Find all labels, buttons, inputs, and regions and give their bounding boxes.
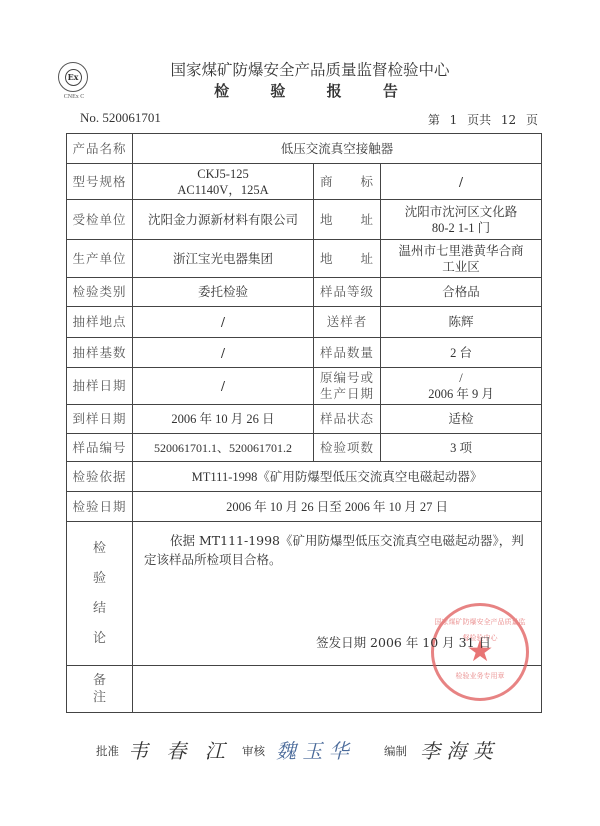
label-manufacturer: 生产单位	[67, 240, 133, 278]
row-sampling-date: 抽样日期 / 原编号或 生产日期 / 2006 年 9 月	[67, 368, 542, 405]
value-trademark: /	[381, 164, 542, 200]
signature-row: 批准 韦 春 江 审核 魏 玉 华 编制 李 海 英	[0, 735, 600, 775]
label-arrival-date: 到样日期	[67, 405, 133, 434]
value-test-items: 3 项	[381, 434, 542, 462]
report-table: 产品名称 低压交流真空接触器 型号规格 CKJ5-125 AC1140V，125…	[66, 133, 542, 713]
value-sample-status: 适检	[381, 405, 542, 434]
value-conclusion: 依据 MT111-1998《矿用防爆型低压交流真空电磁起动器》，判定该样品所检项…	[133, 522, 542, 666]
row-conclusion: 检 验 结 论 依据 MT111-1998《矿用防爆型低压交流真空电磁起动器》，…	[67, 522, 542, 666]
row-sampling-base: 抽样基数 / 样品数量 2 台	[67, 338, 542, 368]
conclusion-text: 依据 MT111-1998《矿用防爆型低压交流真空电磁起动器》，判定该样品所检项…	[136, 522, 538, 569]
value-remarks	[133, 666, 542, 713]
row-manufacturer: 生产单位 浙江宝光电器集团 地 址 温州市七里港黄华合商 工业区	[67, 240, 542, 278]
row-basis: 检验依据 MT111-1998《矿用防爆型低压交流真空电磁起动器》	[67, 462, 542, 492]
row-arrival-date: 到样日期 2006 年 10 月 26 日 样品状态 适检	[67, 405, 542, 434]
label-trademark: 商 标	[314, 164, 381, 200]
value-sampling-base: /	[133, 338, 314, 368]
label-remarks: 备 注	[67, 666, 133, 713]
label-sample-status: 样品状态	[314, 405, 381, 434]
approve-signature: 韦 春 江	[128, 735, 231, 764]
label-inspected-unit: 受检单位	[67, 200, 133, 240]
report-number: No. 520061701	[80, 110, 161, 126]
row-sample-no: 样品编号 520061701.1、520061701.2 检验项数 3 项	[67, 434, 542, 462]
label-test-items: 检验项数	[314, 434, 381, 462]
label-sample-grade: 样品等级	[314, 278, 381, 307]
value-sample-quantity: 2 台	[381, 338, 542, 368]
value-production-date: / 2006 年 9 月	[381, 368, 542, 405]
row-remarks: 备 注	[67, 666, 542, 713]
row-product-name: 产品名称 低压交流真空接触器	[67, 134, 542, 164]
label-product-name: 产品名称	[67, 134, 133, 164]
value-test-date: 2006 年 10 月 26 日至 2006 年 10 月 27 日	[133, 492, 542, 522]
approve-label: 批准	[96, 743, 119, 759]
value-arrival-date: 2006 年 10 月 26 日	[133, 405, 314, 434]
value-sample-no: 520061701.1、520061701.2	[133, 434, 314, 462]
review-label: 审核	[242, 743, 265, 759]
label-sampling-date: 抽样日期	[67, 368, 133, 405]
value-sampling-place: /	[133, 307, 314, 338]
label-test-date: 检验日期	[67, 492, 133, 522]
label-address-2: 地 址	[314, 240, 381, 278]
label-conclusion: 检 验 结 论	[67, 522, 133, 666]
label-sampling-place: 抽样地点	[67, 307, 133, 338]
organization-title: 国家煤矿防爆安全产品质量监督检验中心	[0, 58, 600, 80]
value-sample-grade: 合格品	[381, 278, 542, 307]
issue-date: 签发日期 2006 年 10 月 31 日	[316, 635, 491, 651]
row-test-date: 检验日期 2006 年 10 月 26 日至 2006 年 10 月 27 日	[67, 492, 542, 522]
label-model: 型号规格	[67, 164, 133, 200]
value-basis: MT111-1998《矿用防爆型低压交流真空电磁起动器》	[133, 462, 542, 492]
value-manufacturer: 浙江宝光电器集团	[133, 240, 314, 278]
label-basis: 检验依据	[67, 462, 133, 492]
row-inspected-unit: 受检单位 沈阳金力源新材料有限公司 地 址 沈阳市沈河区文化路 80-2 1-1…	[67, 200, 542, 240]
document-title: 检 验 报 告	[0, 80, 600, 101]
value-inspection-type: 委托检验	[133, 278, 314, 307]
compile-label: 编制	[384, 743, 407, 759]
label-inspection-type: 检验类别	[67, 278, 133, 307]
value-inspected-unit: 沈阳金力源新材料有限公司	[133, 200, 314, 240]
label-original-no: 原编号或 生产日期	[314, 368, 381, 405]
label-sender: 送样者	[314, 307, 381, 338]
row-inspection-type: 检验类别 委托检验 样品等级 合格品	[67, 278, 542, 307]
value-address-1: 沈阳市沈河区文化路 80-2 1-1 门	[381, 200, 542, 240]
label-address-1: 地 址	[314, 200, 381, 240]
value-sender: 陈辉	[381, 307, 542, 338]
review-signature: 魏 玉 华	[276, 735, 349, 764]
page-info: 第 1 页共 12 页	[428, 111, 538, 128]
row-model: 型号规格 CKJ5-125 AC1140V，125A 商 标 /	[67, 164, 542, 200]
compile-signature: 李 海 英	[420, 735, 493, 764]
value-sampling-date: /	[133, 368, 314, 405]
label-sampling-base: 抽样基数	[67, 338, 133, 368]
value-address-2: 温州市七里港黄华合商 工业区	[381, 240, 542, 278]
label-sample-no: 样品编号	[67, 434, 133, 462]
row-sampling-place: 抽样地点 / 送样者 陈辉	[67, 307, 542, 338]
label-sample-quantity: 样品数量	[314, 338, 381, 368]
value-product-name: 低压交流真空接触器	[133, 134, 542, 164]
value-model: CKJ5-125 AC1140V，125A	[133, 164, 314, 200]
